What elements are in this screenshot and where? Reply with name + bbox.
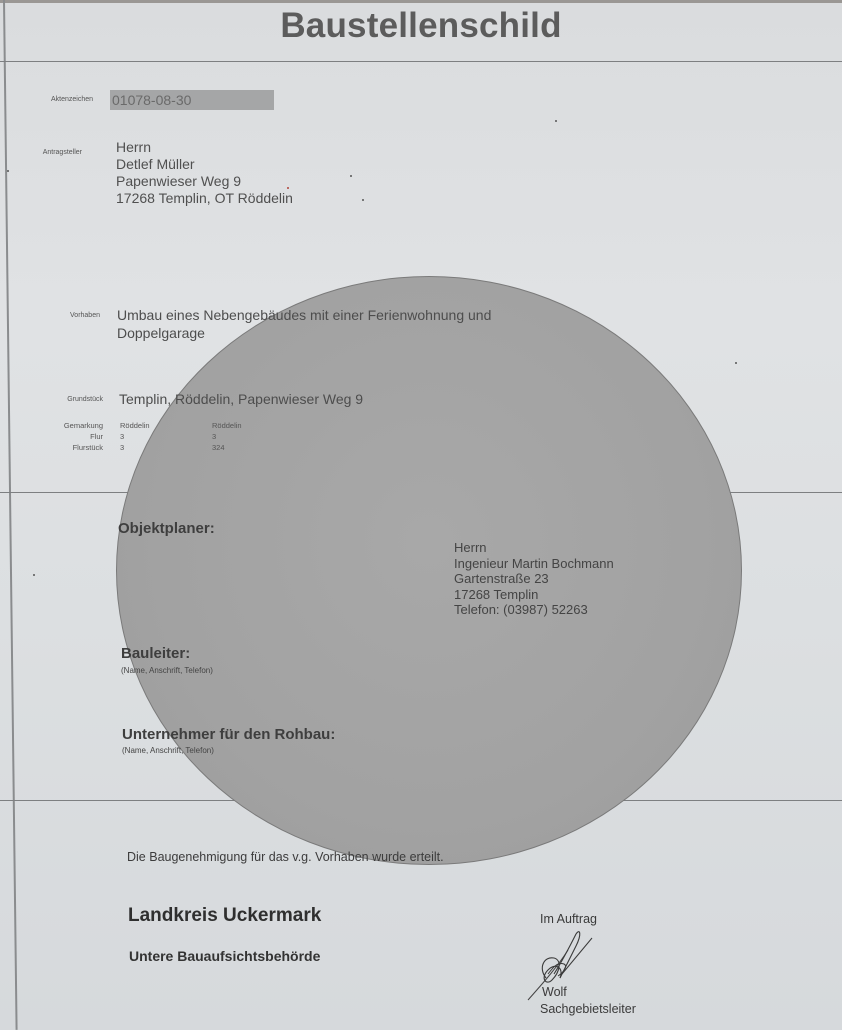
shell-contractor-hint: (Name, Anschrift, Telefon)	[122, 746, 214, 755]
approval-statement: Die Baugenehmigung für das v.g. Vorhaben…	[127, 850, 444, 864]
applicant-line: 17268 Templin, OT Röddelin	[116, 190, 293, 207]
property-label: Grundstück	[27, 396, 103, 403]
project-label: Vorhaben	[24, 312, 100, 319]
paper-speck	[735, 362, 737, 364]
site-manager-heading: Bauleiter:	[121, 645, 190, 662]
file-reference-label: Aktenzeichen	[17, 96, 93, 103]
signature-prefix: Im Auftrag	[540, 912, 597, 926]
cadastral-cell: Röddelin	[212, 420, 242, 431]
cadastral-cell: 3	[120, 442, 150, 453]
construction-site-sign: Baustellenschild Aktenzeichen 01078-08-3…	[0, 0, 842, 1030]
top-edge	[0, 0, 842, 3]
object-planner-line: Telefon: (03987) 52263	[454, 602, 614, 618]
paper-speck	[362, 199, 364, 201]
divider-title	[0, 61, 842, 62]
property-value: Templin, Röddelin, Papenwieser Weg 9	[119, 390, 363, 408]
cadastral-label: Flurstück	[27, 442, 103, 453]
signatory-position: Sachgebietsleiter	[540, 1002, 636, 1016]
file-reference-value: 01078-08-30	[110, 90, 274, 110]
applicant-label: Antragsteller	[6, 149, 82, 156]
project-description: Umbau eines Nebengebäudes mit einer Feri…	[117, 306, 491, 342]
authority-name: Landkreis Uckermark	[128, 905, 321, 927]
cadastral-cell: Röddelin	[120, 420, 150, 431]
paper-speck	[7, 170, 9, 172]
cadastral-labels: Gemarkung Flur Flurstück	[27, 420, 103, 453]
applicant-line: Papenwieser Weg 9	[116, 173, 293, 190]
applicant-line: Detlef Müller	[116, 156, 293, 173]
applicant-line: Herrn	[116, 139, 293, 156]
project-line: Doppelgarage	[117, 324, 491, 342]
cadastral-column-2: Röddelin 3 324	[212, 420, 242, 453]
object-planner-heading: Objektplaner:	[118, 520, 215, 537]
cadastral-cell: 3	[212, 431, 242, 442]
cadastral-column-1: Röddelin 3 3	[120, 420, 150, 453]
cadastral-label: Gemarkung	[27, 420, 103, 431]
paper-speck	[287, 187, 289, 189]
shell-contractor-heading: Unternehmer für den Rohbau:	[122, 726, 335, 743]
cadastral-cell: 3	[120, 431, 150, 442]
page-title: Baustellenschild	[0, 6, 842, 46]
paper-speck	[555, 120, 557, 122]
object-planner-line: 17268 Templin	[454, 587, 614, 603]
object-planner-line: Ingenieur Martin Bochmann	[454, 556, 614, 572]
project-line: Umbau eines Nebengebäudes mit einer Feri…	[117, 306, 491, 324]
site-manager-hint: (Name, Anschrift, Telefon)	[121, 666, 213, 675]
paper-speck	[33, 574, 35, 576]
authority-department: Untere Bauaufsichtsbehörde	[129, 948, 320, 964]
applicant-address: Herrn Detlef Müller Papenwieser Weg 9 17…	[116, 139, 293, 207]
paper-speck	[350, 175, 352, 177]
stamp-circle	[116, 276, 742, 865]
object-planner-line: Gartenstraße 23	[454, 571, 614, 587]
cadastral-cell: 324	[212, 442, 242, 453]
handwritten-signature-icon	[524, 928, 608, 1004]
object-planner-address: Herrn Ingenieur Martin Bochmann Gartenst…	[454, 540, 614, 618]
object-planner-line: Herrn	[454, 540, 614, 556]
cadastral-label: Flur	[27, 431, 103, 442]
